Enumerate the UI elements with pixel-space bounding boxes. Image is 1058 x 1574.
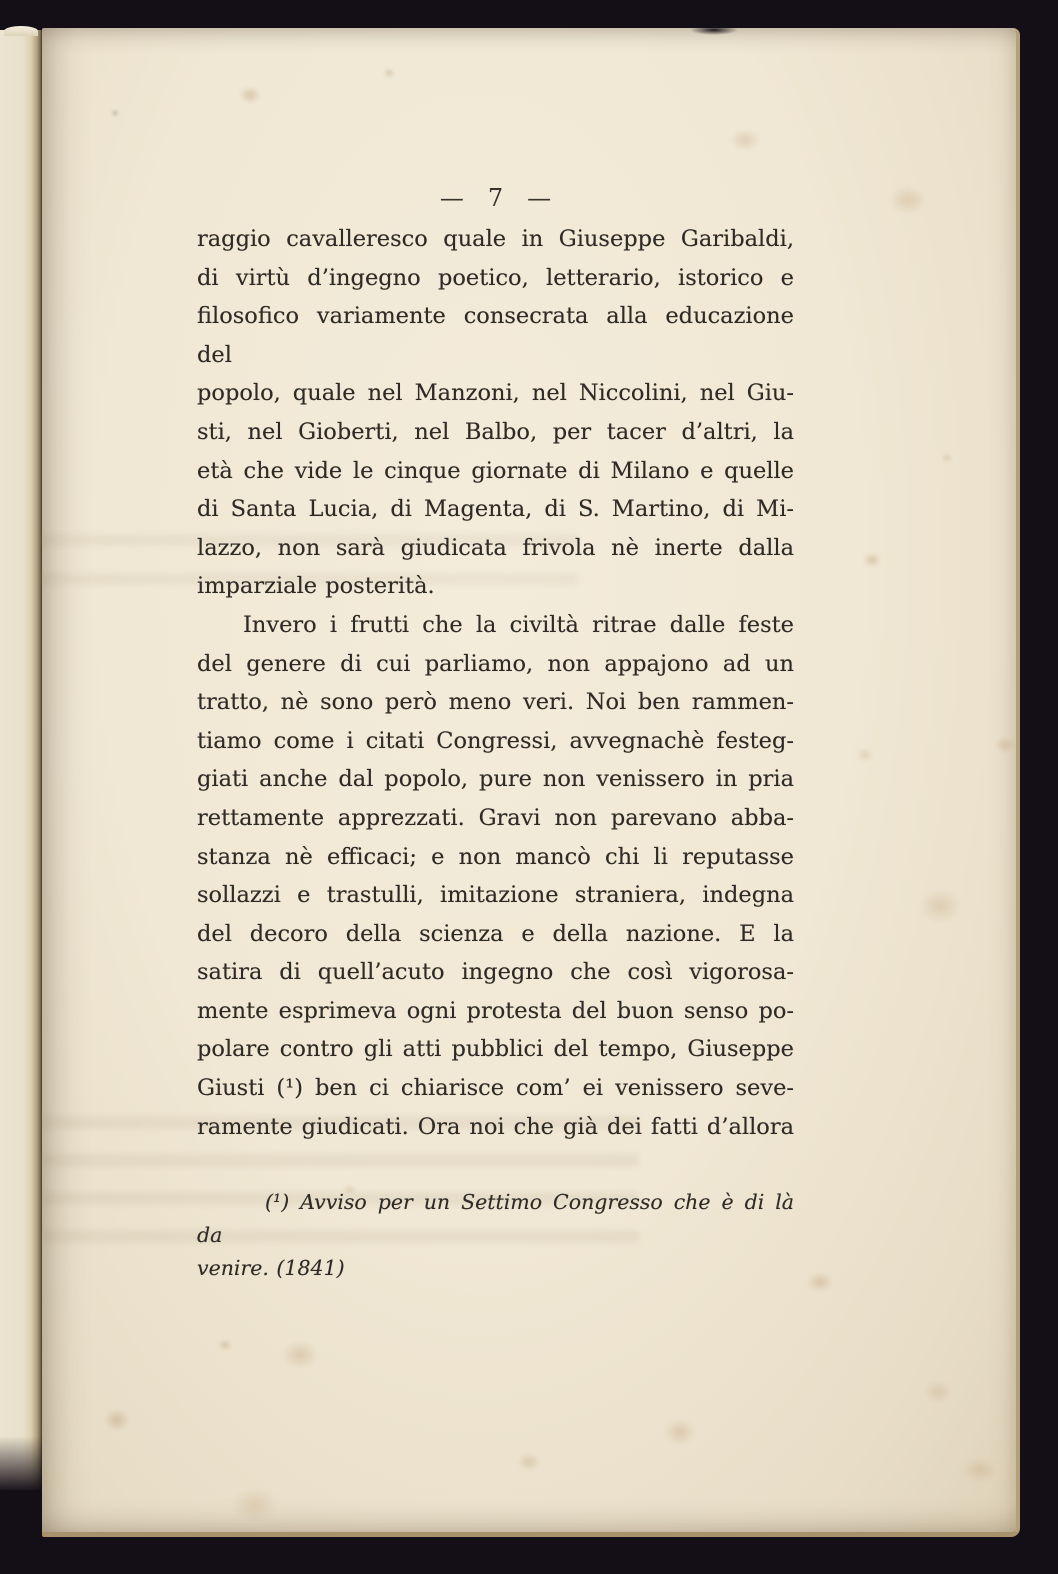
text-line: mente esprimeva ogni protesta del buon s… (197, 992, 794, 1031)
text-line: popolo, quale nel Manzoni, nel Niccolini… (197, 374, 794, 413)
text-line: polare contro gli atti pubblici del temp… (197, 1030, 794, 1069)
text-line: rettamente apprezzati. Gravi non parevan… (197, 799, 794, 838)
book-page: — 7 — raggio cavalleresco quale in Giuse… (42, 28, 1020, 1537)
text-line: lazzo, non sarà giudicata frivola nè ine… (197, 529, 794, 568)
text-line: stanza nè efficaci; e non mancò chi li r… (197, 838, 794, 877)
header-dash-left: — (440, 184, 464, 212)
text-line: di Santa Lucia, di Magenta, di S. Martin… (197, 490, 794, 529)
text-line: tiamo come i citati Congressi, avvegnach… (197, 722, 794, 761)
text-line: ramente giudicati. Ora noi che già dei f… (197, 1108, 794, 1147)
scan-background: { "colors": { "background": "#140f17", "… (0, 0, 1058, 1574)
page-number: 7 (488, 184, 503, 212)
paragraph-2: Invero i frutti che la civiltà ritrae da… (197, 606, 794, 1146)
underlying-page-edge (0, 30, 42, 1490)
text-line: Invero i frutti che la civiltà ritrae da… (197, 606, 794, 645)
text-line: del decoro della scienza e della nazione… (197, 915, 794, 954)
header-dash-right: — (527, 184, 551, 212)
footnote: (¹) Avviso per un Settimo Congresso che … (197, 1186, 794, 1285)
text-line: Giusti (¹) ben ci chiarisce com’ ei veni… (197, 1069, 794, 1108)
text-line: sollazzi e trastulli, imitazione stranie… (197, 876, 794, 915)
text-line: giati anche dal popolo, pure non venisse… (197, 760, 794, 799)
text-line: di virtù d’ingegno poetico, letterario, … (197, 259, 794, 298)
page-header: — 7 — (197, 184, 794, 212)
text-line: sti, nel Gioberti, nel Balbo, per tacer … (197, 413, 794, 452)
text-line: (¹) Avviso per un Settimo Congresso che … (197, 1186, 794, 1252)
paragraph-1: raggio cavalleresco quale in Giuseppe Ga… (197, 220, 794, 606)
text-line: raggio cavalleresco quale in Giuseppe Ga… (197, 220, 794, 259)
text-line: età che vide le cinque giornate di Milan… (197, 452, 794, 491)
page-edge-nick (690, 25, 738, 35)
text-line: imparziale posterità. (197, 567, 794, 606)
text-column: raggio cavalleresco quale in Giuseppe Ga… (197, 220, 794, 1285)
text-line: tratto, nè sono però meno veri. Noi ben … (197, 683, 794, 722)
text-line: filosofico variamente consecrata alla ed… (197, 297, 794, 374)
text-line: venire. (1841) (197, 1252, 794, 1285)
text-line: del genere di cui parliamo, non appajono… (197, 645, 794, 684)
text-line: satira di quell’acuto ingegno che così v… (197, 953, 794, 992)
